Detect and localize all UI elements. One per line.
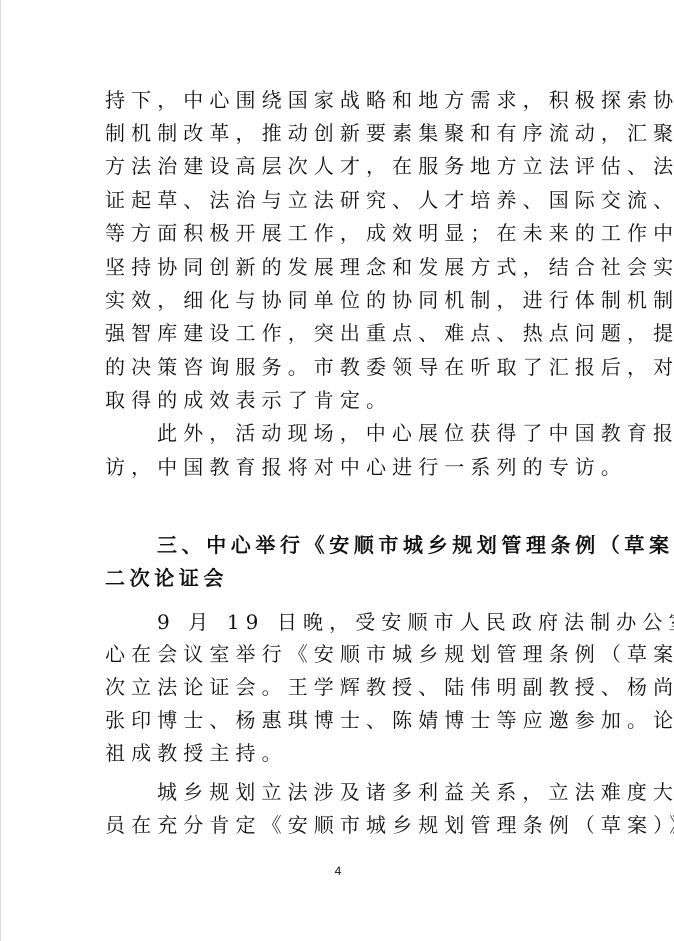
body-text-line: 坚持协同创新的发展理念和发展方式，结合社会实际，注重 bbox=[105, 254, 585, 280]
body-text-line: 制机制改革，推动创新要素集聚和有序流动，汇聚了一批地 bbox=[105, 120, 585, 146]
page-number: 4 bbox=[331, 864, 345, 878]
body-text-line: 等方面积极开展工作，成效明显；在未来的工作中，中心将 bbox=[105, 220, 585, 246]
body-text-line: 访，中国教育报将对中心进行一系列的专访。 bbox=[105, 454, 585, 480]
section-heading: 三、中心举行《安顺市城乡规划管理条例（草案）》第 bbox=[157, 532, 637, 558]
body-text-line: 持下，中心围绕国家战略和地方需求，积极探索协同创新体 bbox=[105, 87, 585, 113]
body-text-line: 祖成教授主持。 bbox=[105, 740, 585, 766]
body-text-line: 心在会议室举行《安顺市城乡规划管理条例（草案）》第二 bbox=[105, 641, 585, 667]
body-text-line: 的决策咨询服务。市教委领导在听取了汇报后，对中心建设 bbox=[105, 354, 585, 380]
document-page: 持下，中心围绕国家战略和地方需求，积极探索协同创新体 制机制改革，推动创新要素集… bbox=[0, 0, 674, 941]
body-text-line: 张印博士、杨惠琪博士、陈婧博士等应邀参加。论证会由周 bbox=[105, 707, 585, 733]
body-text-line: 城乡规划立法涉及诸多利益关系，立法难度大，与会人 bbox=[157, 779, 637, 805]
section-heading: 二次论证会 bbox=[105, 565, 585, 591]
body-text-line: 9 月 19 日晚，受安顺市人民政府法制办公室的委托，中 bbox=[157, 609, 637, 635]
body-text-line: 员在充分肯定《安顺市城乡规划管理条例（草案）》起草部 bbox=[105, 812, 585, 838]
body-text-line: 次立法论证会。王学辉教授、陆伟明副教授、杨尚东博士、 bbox=[105, 674, 585, 700]
body-text-line: 强智库建设工作，突出重点、难点、热点问题，提供高质量 bbox=[105, 320, 585, 346]
body-text-line: 方法治建设高层次人才，在服务地方立法评估、法规规章论 bbox=[105, 153, 585, 179]
body-text-line: 此外，活动现场，中心展位获得了中国教育报记者的采 bbox=[157, 420, 637, 446]
body-text-line: 取得的成效表示了肯定。 bbox=[105, 387, 585, 413]
body-text-line: 证起草、法治与立法研究、人才培养、国际交流、智库建设 bbox=[105, 187, 585, 213]
body-text-line: 实效，细化与协同单位的协同机制，进行体制机制创新，加 bbox=[105, 287, 585, 313]
